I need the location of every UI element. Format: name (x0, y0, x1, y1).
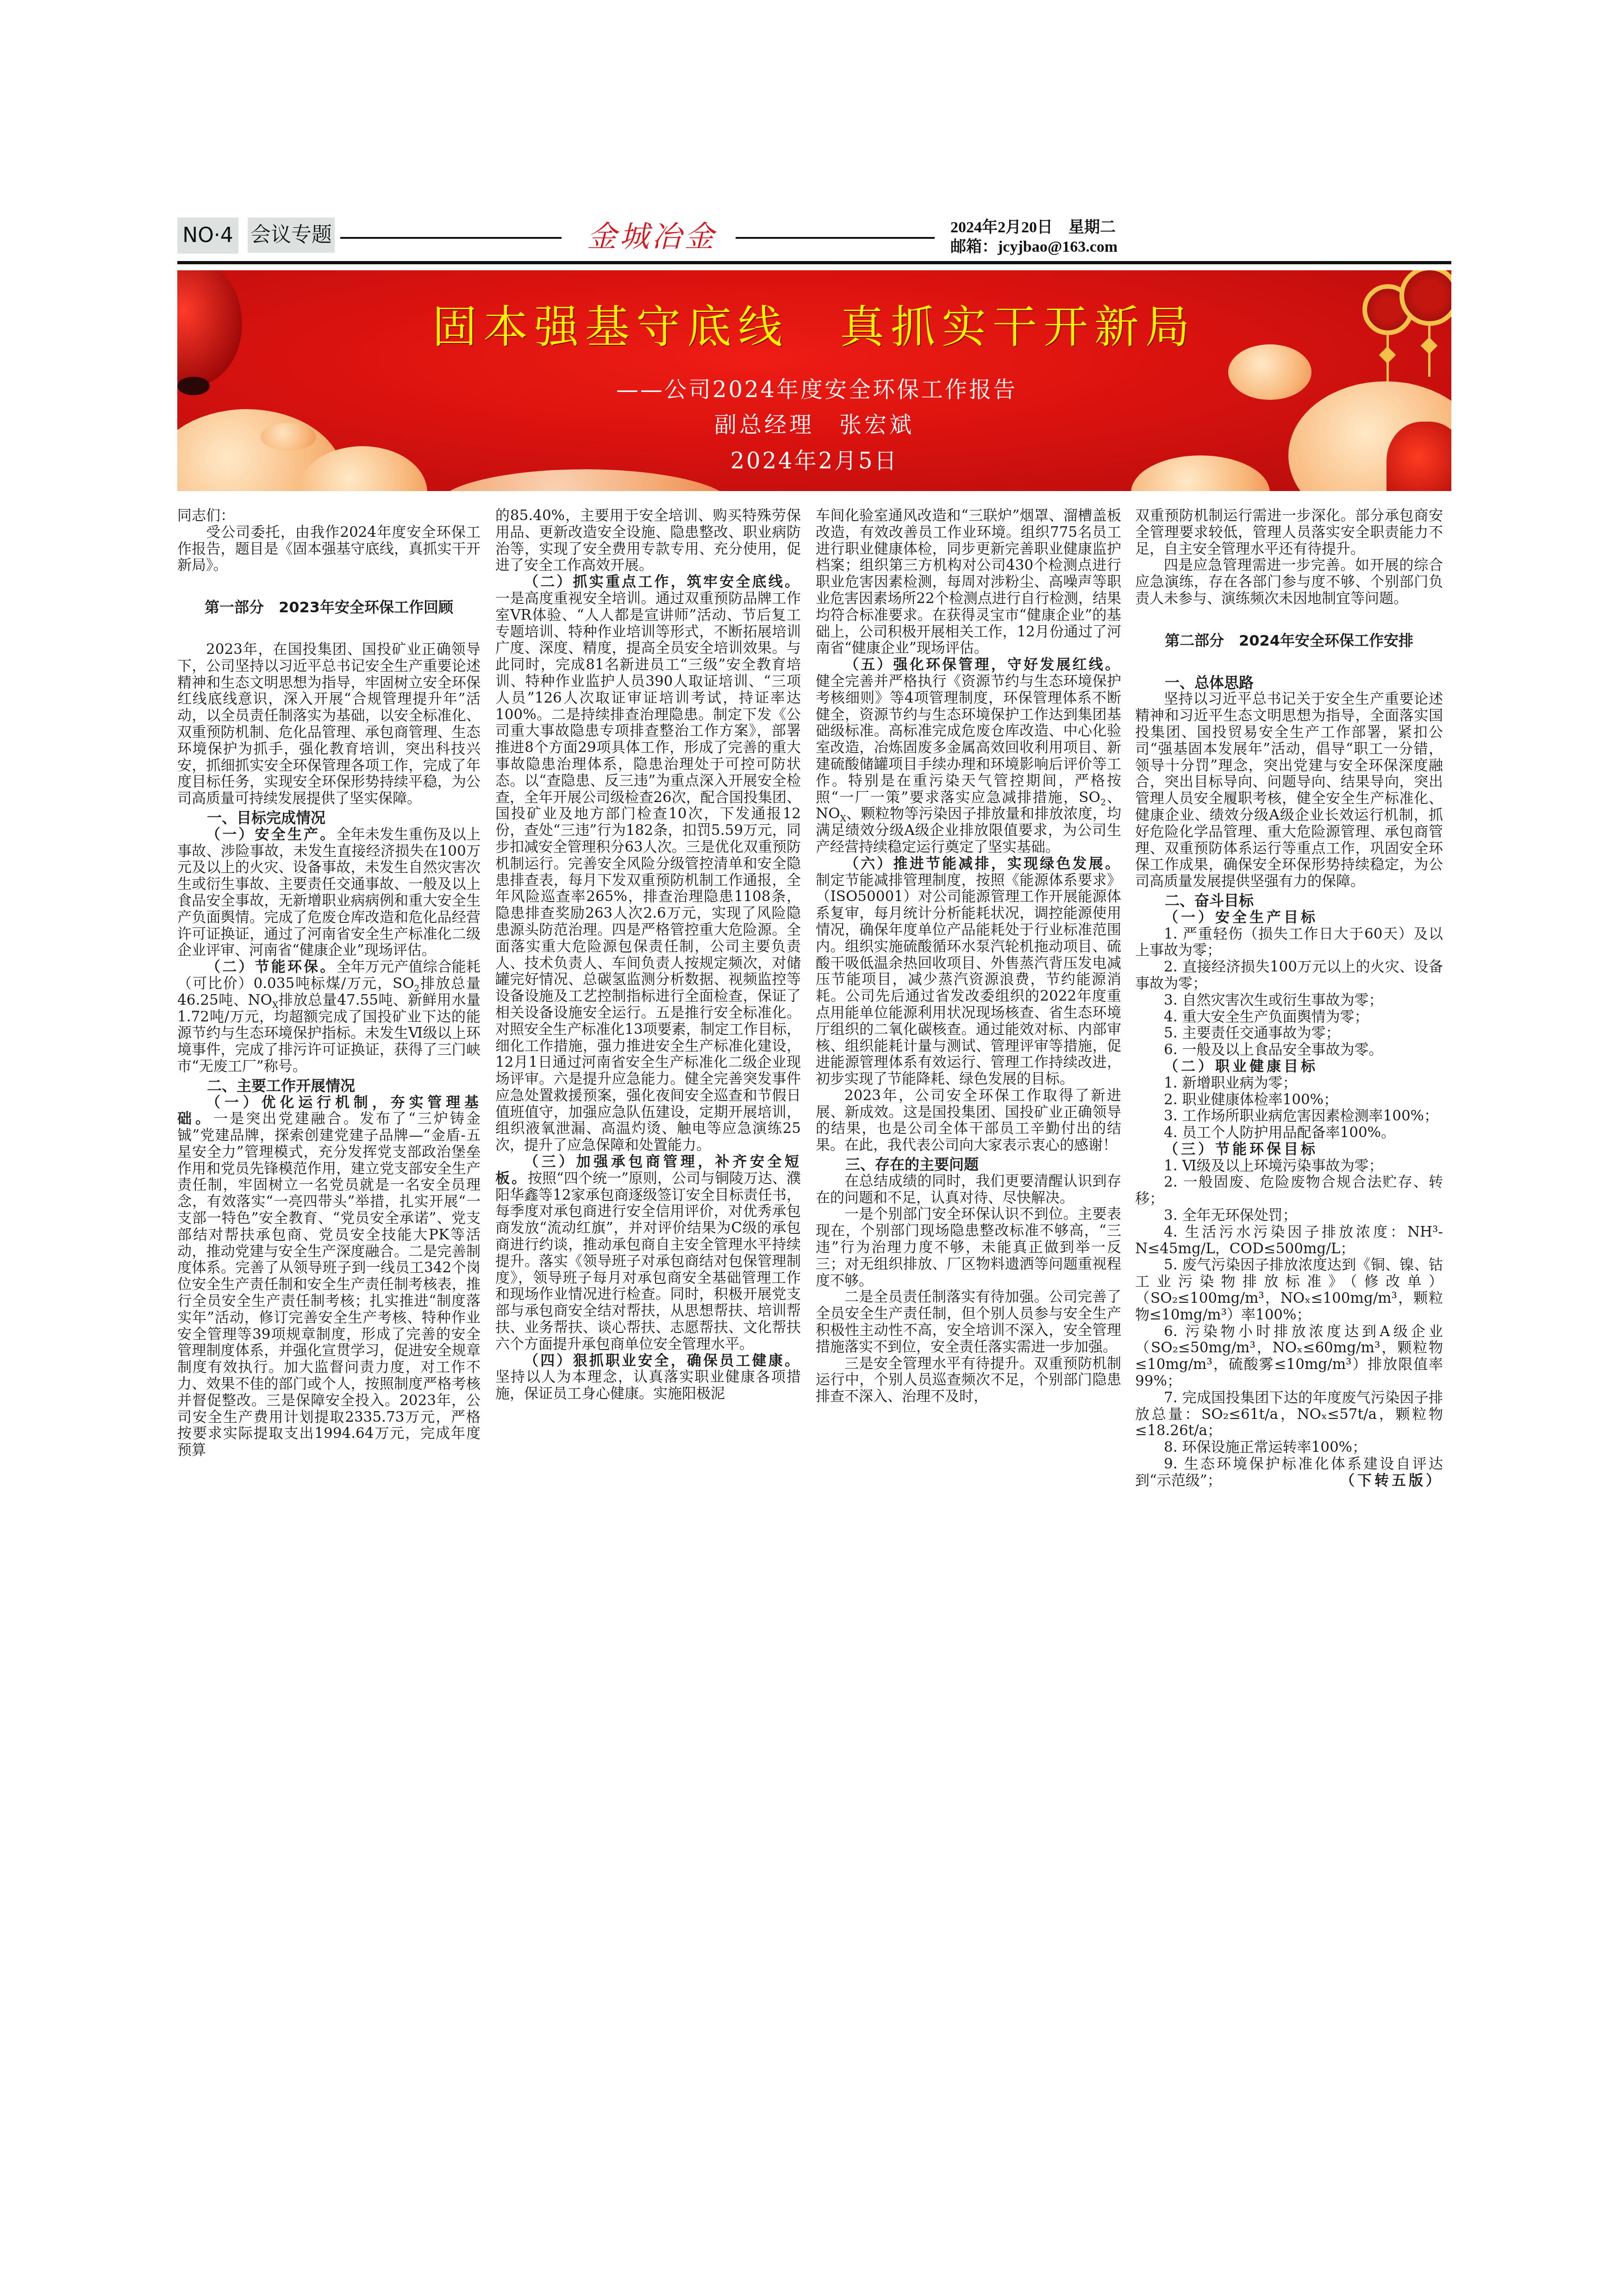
work5-text: 健全完善并严格执行《资源节约与生态环境保护考核细则》等4项管理制度，环保管理体系… (816, 673, 1121, 806)
work6-lead: （六）推进节能减排，实现绿色发展。 (844, 855, 1121, 872)
part2-heading: 第二部分 2024年安全环保工作安排 (1135, 633, 1443, 649)
safety-target-item: 6. 一般及以上食品安全事故为零。 (1135, 1042, 1443, 1058)
work4-lead: （四）狠抓职业安全，确保员工健康。 (524, 1352, 801, 1369)
problem-1: 一是个别部门安全环保认识不到位。主要表现在，个别部门现场隐患整改标准不够高，“三… (816, 1206, 1121, 1289)
problems-intro: 在总结成绩的同时，我们更要清醒认识到存在的问题和不足，认真对待、尽快解决。 (816, 1173, 1121, 1207)
headline-banner: 固本强基守底线真抓实干开新局 ——公司2024年度安全环保工作报告 副总经理 张… (177, 270, 1451, 491)
continued-paragraph: 双重预防机制运行需进一步深化。部分承包商安全管理要求较低，管理人员落实安全职责能… (1135, 508, 1443, 557)
safety-target-item: 1. 严重轻伤（损失工作日大于60天）及以上事故为零； (1135, 926, 1443, 959)
masthead-rule-right (736, 237, 935, 239)
safety-target-item: 2. 直接经济损失100万元以上的火灾、设备事故为零； (1135, 959, 1443, 992)
goal1-text: 全年未发生重伤及以上事故、涉险事故，未发生直接经济损失在100万元及以上的火灾、… (177, 826, 481, 959)
goal1-lead: （一）安全生产。 (206, 826, 336, 843)
problem-3: 三是安全管理水平有待提升。双重预防机制运行中，个别人员巡查频次不足，个别部门隐患… (816, 1356, 1121, 1405)
continued-paragraph: 的85.40%，主要用于安全培训、购买特殊劳保用品、更新改造安全设施、隐患整改、… (495, 508, 801, 574)
work1-paragraph: （一）优化运行机制，夯实管理基础。一是突出党建融合。发布了“三炉铸金铖”党建品牌… (177, 1095, 481, 1459)
work2-lead: （二）抓实重点工作，筑牢安全底线。 (524, 573, 801, 590)
headline-date: 2024年2月5日 (177, 447, 1451, 475)
article-column-3: 车间化验室通风改造和“三联炉”烟罩、溜槽盖板改造，有效改善员工作业环境。组织77… (816, 508, 1121, 1405)
headline-title: 固本强基守底线真抓实干开新局 (177, 299, 1451, 355)
env-target-item: 5. 废气污染因子排放浓度达到《铜、镍、钴工业污染物排放标准》（修改单）（SO₂… (1135, 1257, 1443, 1323)
issue-date: 2024年2月20日 星期二 (950, 218, 1116, 237)
work-heading: 二、主要工作开展情况 (177, 1078, 481, 1095)
env-target-item: 4. 生活污水污染因子排放浓度：NH³-N≤45mg/L，COD≤500mg/L… (1135, 1224, 1443, 1257)
work3-paragraph: （三）加强承包商管理，补齐安全短板。按照“四个统一”原则，公司与铜陵万达、濮阳华… (495, 1154, 801, 1353)
env-target-item: 7. 完成国投集团下达的年度废气污染因子排放总量：SO₂≤61t/a，NOₓ≤5… (1135, 1390, 1443, 1439)
health-target-item: 3. 工作场所职业病危害因素检测率100%； (1135, 1108, 1443, 1125)
masthead-divider (177, 261, 1451, 264)
targets-heading: 二、奋斗目标 (1135, 893, 1443, 909)
page-number: NO·4 (177, 218, 238, 254)
work6-paragraph: （六）推进节能减排，实现绿色发展。制定节能减排管理制度，按照《能源体系要求》（I… (816, 856, 1121, 1088)
headline-title-part2: 真抓实干开新局 (840, 301, 1196, 353)
problem-4: 四是应急管理需进一步完善。如开展的综合应急演练，存在各部门参与度不够、个别部门负… (1135, 557, 1443, 607)
masthead-rule-left (340, 237, 562, 239)
part1-heading: 第一部分 2023年安全环保工作回顾 (177, 599, 481, 616)
continued-paragraph: 车间化验室通风改造和“三联炉”烟罩、溜槽盖板改造，有效改善员工作业环境。组织77… (816, 508, 1121, 657)
newspaper-logo: 金城冶金 (585, 218, 719, 255)
health-target-item: 4. 员工个人防护用品配备率100%。 (1135, 1125, 1443, 1141)
overview-paragraph: 2023年，在国投集团、国投矿业正确领导下，公司坚持以习近平总书记安全生产重要论… (177, 641, 481, 807)
work5-lead: （五）强化环保管理，守好发展红线。 (844, 656, 1121, 673)
env-target-item: 6. 污染物小时排放浓度达到A级企业（SO₂≤50mg/m³，NOₓ≤60mg/… (1135, 1324, 1443, 1390)
overall-heading: 一、总体思路 (1135, 675, 1443, 691)
section-tag: 会议专题 (248, 218, 335, 253)
work5-text: 、颗粒物等污染因子排放量和排放浓度，均满足绩效分级A级企业排放限值要求，为公司生… (816, 805, 1121, 855)
work4-paragraph: （四）狠抓职业安全，确保员工健康。坚持以人为本理念，认真落实职业健康各项措施，保… (495, 1353, 801, 1402)
goal2-paragraph: （二）节能环保。全年万元产值综合能耗（可比价）0.035吨标煤/万元，SO2排放… (177, 959, 481, 1075)
work5-paragraph: （五）强化环保管理，守好发展红线。健全完善并严格执行《资源节约与生态环境保护考核… (816, 657, 1121, 856)
problems-heading: 三、存在的主要问题 (816, 1157, 1121, 1173)
work1-text: 一是突出党建融合。发布了“三炉铸金铖”党建品牌，探索创建党建子品牌—“金盾-五星… (177, 1110, 481, 1458)
work2-paragraph: （二）抓实重点工作，筑牢安全底线。一是高度重视安全培训。通过双重预防品牌工作室V… (495, 574, 801, 1154)
headline-subtitle: ——公司2024年度安全环保工作报告 (177, 376, 1451, 404)
summary-paragraph: 2023年，公司安全环保工作取得了新进展、新成效。这是国投集团、国投矿业正确领导… (816, 1088, 1121, 1154)
goal2-lead: （二）节能环保。 (206, 958, 336, 975)
health-targets-heading: （二）职业健康目标 (1135, 1058, 1443, 1075)
headline-author: 副总经理 张宏斌 (177, 411, 1451, 439)
contact-email: 邮箱：jcyjbao@163.com (950, 238, 1118, 256)
safety-targets-heading: （一）安全生产目标 (1135, 909, 1443, 926)
work3-text: 按照“四个统一”原则，公司与铜陵万达、濮阳华鑫等12家承包商逐级签订安全目标责任… (495, 1170, 801, 1352)
salutation: 同志们： (177, 508, 481, 524)
safety-target-item: 4. 重大安全生产负面舆情为零； (1135, 1009, 1443, 1026)
work4-text: 坚持以人为本理念，认真落实职业健康各项措施，保证员工身心健康。实施阳极泥 (495, 1369, 801, 1402)
env-target-item: 3. 全年无环保处罚； (1135, 1207, 1443, 1224)
goal1-paragraph: （一）安全生产。全年未发生重伤及以上事故、涉险事故，未发生直接经济损失在100万… (177, 827, 481, 959)
env-target-item: 1. Ⅵ级及以上环境污染事故为零； (1135, 1158, 1443, 1175)
intro-paragraph: 受公司委托，由我作2024年度安全环保工作报告，题目是《固本强基守底线，真抓实干… (177, 524, 481, 574)
article-column-2: 的85.40%，主要用于安全培训、购买特殊劳保用品、更新改造安全设施、隐患整改、… (495, 508, 801, 1402)
health-target-item: 1. 新增职业病为零； (1135, 1075, 1443, 1092)
env-target-item: 8. 环保设施正常运转率100%； (1135, 1439, 1443, 1456)
headline-title-part1: 固本强基守底线 (432, 301, 789, 353)
env-target-item: 2. 一般固废、危险废物合规合法贮存、转移； (1135, 1174, 1443, 1207)
health-target-item: 2. 职业健康体检率100%； (1135, 1092, 1443, 1108)
article-column-1: 同志们： 受公司委托，由我作2024年度安全环保工作报告，题目是《固本强基守底线… (177, 508, 481, 1459)
masthead: NO·4 会议专题 金城冶金 2024年2月20日 星期二 邮箱：jcyjbao… (177, 218, 1451, 267)
overall-paragraph: 坚持以习近平总书记关于安全生产重要论述精神和习近平生态文明思想为指导，全面落实国… (1135, 691, 1443, 890)
work6-text: 制定节能减排管理制度，按照《能源体系要求》（ISO50001）对公司能源管理工作… (816, 872, 1121, 1088)
env-targets-heading: （三）节能环保目标 (1135, 1141, 1443, 1158)
safety-target-item: 3. 自然灾害次生或衍生事故为零； (1135, 992, 1443, 1009)
goals-heading: 一、目标完成情况 (177, 810, 481, 827)
problem-2: 二是全员责任制落实有待加强。公司完善了全员安全生产责任制，但个别人员参与安全生产… (816, 1289, 1121, 1355)
work2-text: 一是高度重视安全培训。通过双重预防品牌工作室VR体验、“人人都是宣讲师”活动、节… (495, 590, 801, 1153)
article-column-4: 双重预防机制运行需进一步深化。部分承包商安全管理要求较低，管理人员落实安全职责能… (1135, 508, 1443, 1489)
safety-target-item: 5. 主要责任交通事故为零； (1135, 1025, 1443, 1042)
